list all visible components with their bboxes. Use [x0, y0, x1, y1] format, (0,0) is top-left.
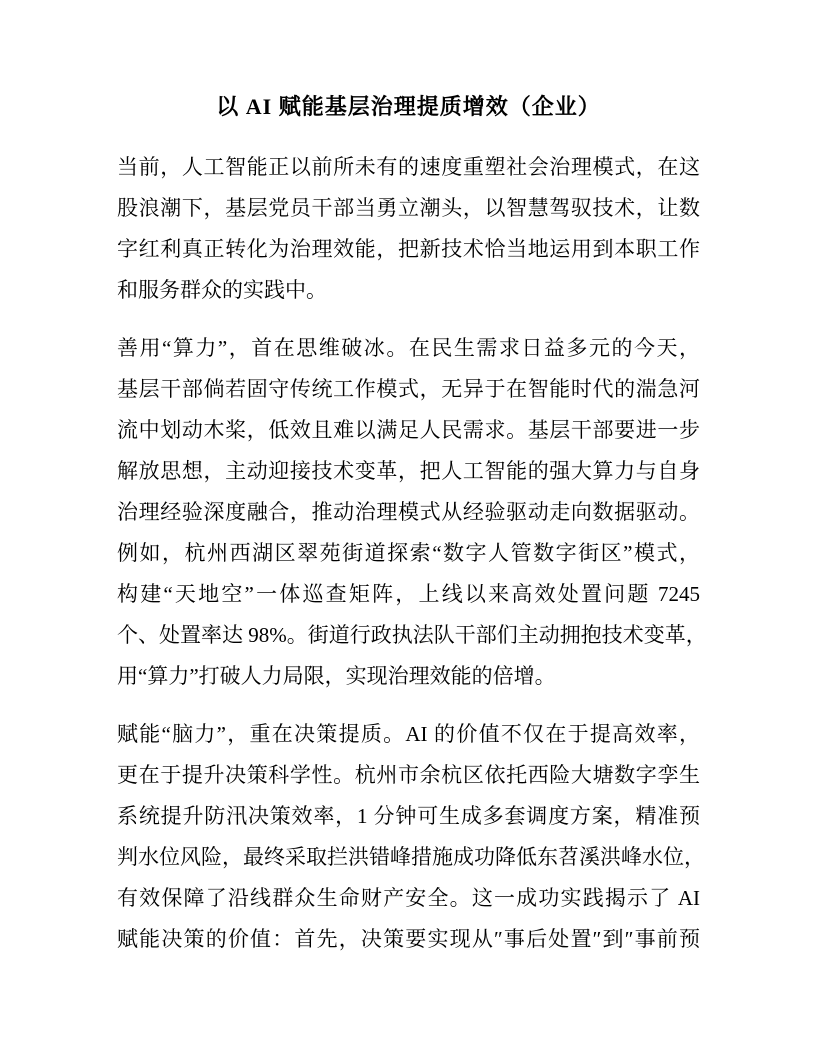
document-page: 以 AI 赋能基层治理提质增效（企业） 当前，人工智能正以前所未有的速度重塑社会…	[0, 0, 816, 1056]
text-line: 股浪潮下，基层党员干部当勇立潮头，以智慧驾驭技术，让数	[117, 188, 700, 229]
text-line: 个、处置率达 98%。街道行政执法队干部们主动拥抱技术变革，	[117, 615, 700, 656]
text-line: 解放思想，主动迎接技术变革，把人工智能的强大算力与自身	[117, 451, 700, 492]
text-line: 基层干部倘若固守传统工作模式，无异于在智能时代的湍急河	[117, 369, 700, 410]
text-line: 治理经验深度融合，推动治理模式从经验驱动走向数据驱动。	[117, 492, 700, 533]
text-line: 系统提升防汛决策效率，1 分钟可生成多套调度方案，精准预	[117, 796, 700, 837]
paragraph-naoli: 赋能“脑力”，重在决策提质。AI 的价值不仅在于提高效率， 更在于提升决策科学性…	[117, 714, 700, 960]
text-line: 构建“天地空”一体巡查矩阵，上线以来高效处置问题 7245	[117, 574, 700, 615]
paragraph-suanli: 善用“算力”，首在思维破冰。在民生需求日益多元的今天， 基层干部倘若固守传统工作…	[117, 328, 700, 697]
text-line: 判水位风险，最终采取拦洪错峰措施成功降低东苕溪洪峰水位，	[117, 837, 700, 878]
text-line: 用“算力”打破人力局限，实现治理效能的倍增。	[117, 656, 700, 697]
text-line: 善用“算力”，首在思维破冰。在民生需求日益多元的今天，	[117, 328, 700, 369]
text-line: 有效保障了沿线群众生命财产安全。这一成功实践揭示了 AI	[117, 878, 700, 919]
text-line: 赋能决策的价值：首先，决策要实现从″事后处置″到″事前预	[117, 919, 700, 960]
text-line: 更在于提升决策科学性。杭州市余杭区依托西险大塘数字孪生	[117, 755, 700, 796]
text-line: 和服务群众的实践中。	[117, 270, 700, 311]
text-line: 赋能“脑力”，重在决策提质。AI 的价值不仅在于提高效率，	[117, 714, 700, 755]
text-line: 例如，杭州西湖区翠苑街道探索“数字人管数字街区”模式，	[117, 533, 700, 574]
text-line: 字红利真正转化为治理效能，把新技术恰当地运用到本职工作	[117, 229, 700, 270]
document-title: 以 AI 赋能基层治理提质增效（企业）	[117, 92, 700, 122]
text-line: 当前，人工智能正以前所未有的速度重塑社会治理模式，在这	[117, 147, 700, 188]
text-line: 流中划动木桨，低效且难以满足人民需求。基层干部要进一步	[117, 410, 700, 451]
paragraph-intro: 当前，人工智能正以前所未有的速度重塑社会治理模式，在这 股浪潮下，基层党员干部当…	[117, 147, 700, 311]
